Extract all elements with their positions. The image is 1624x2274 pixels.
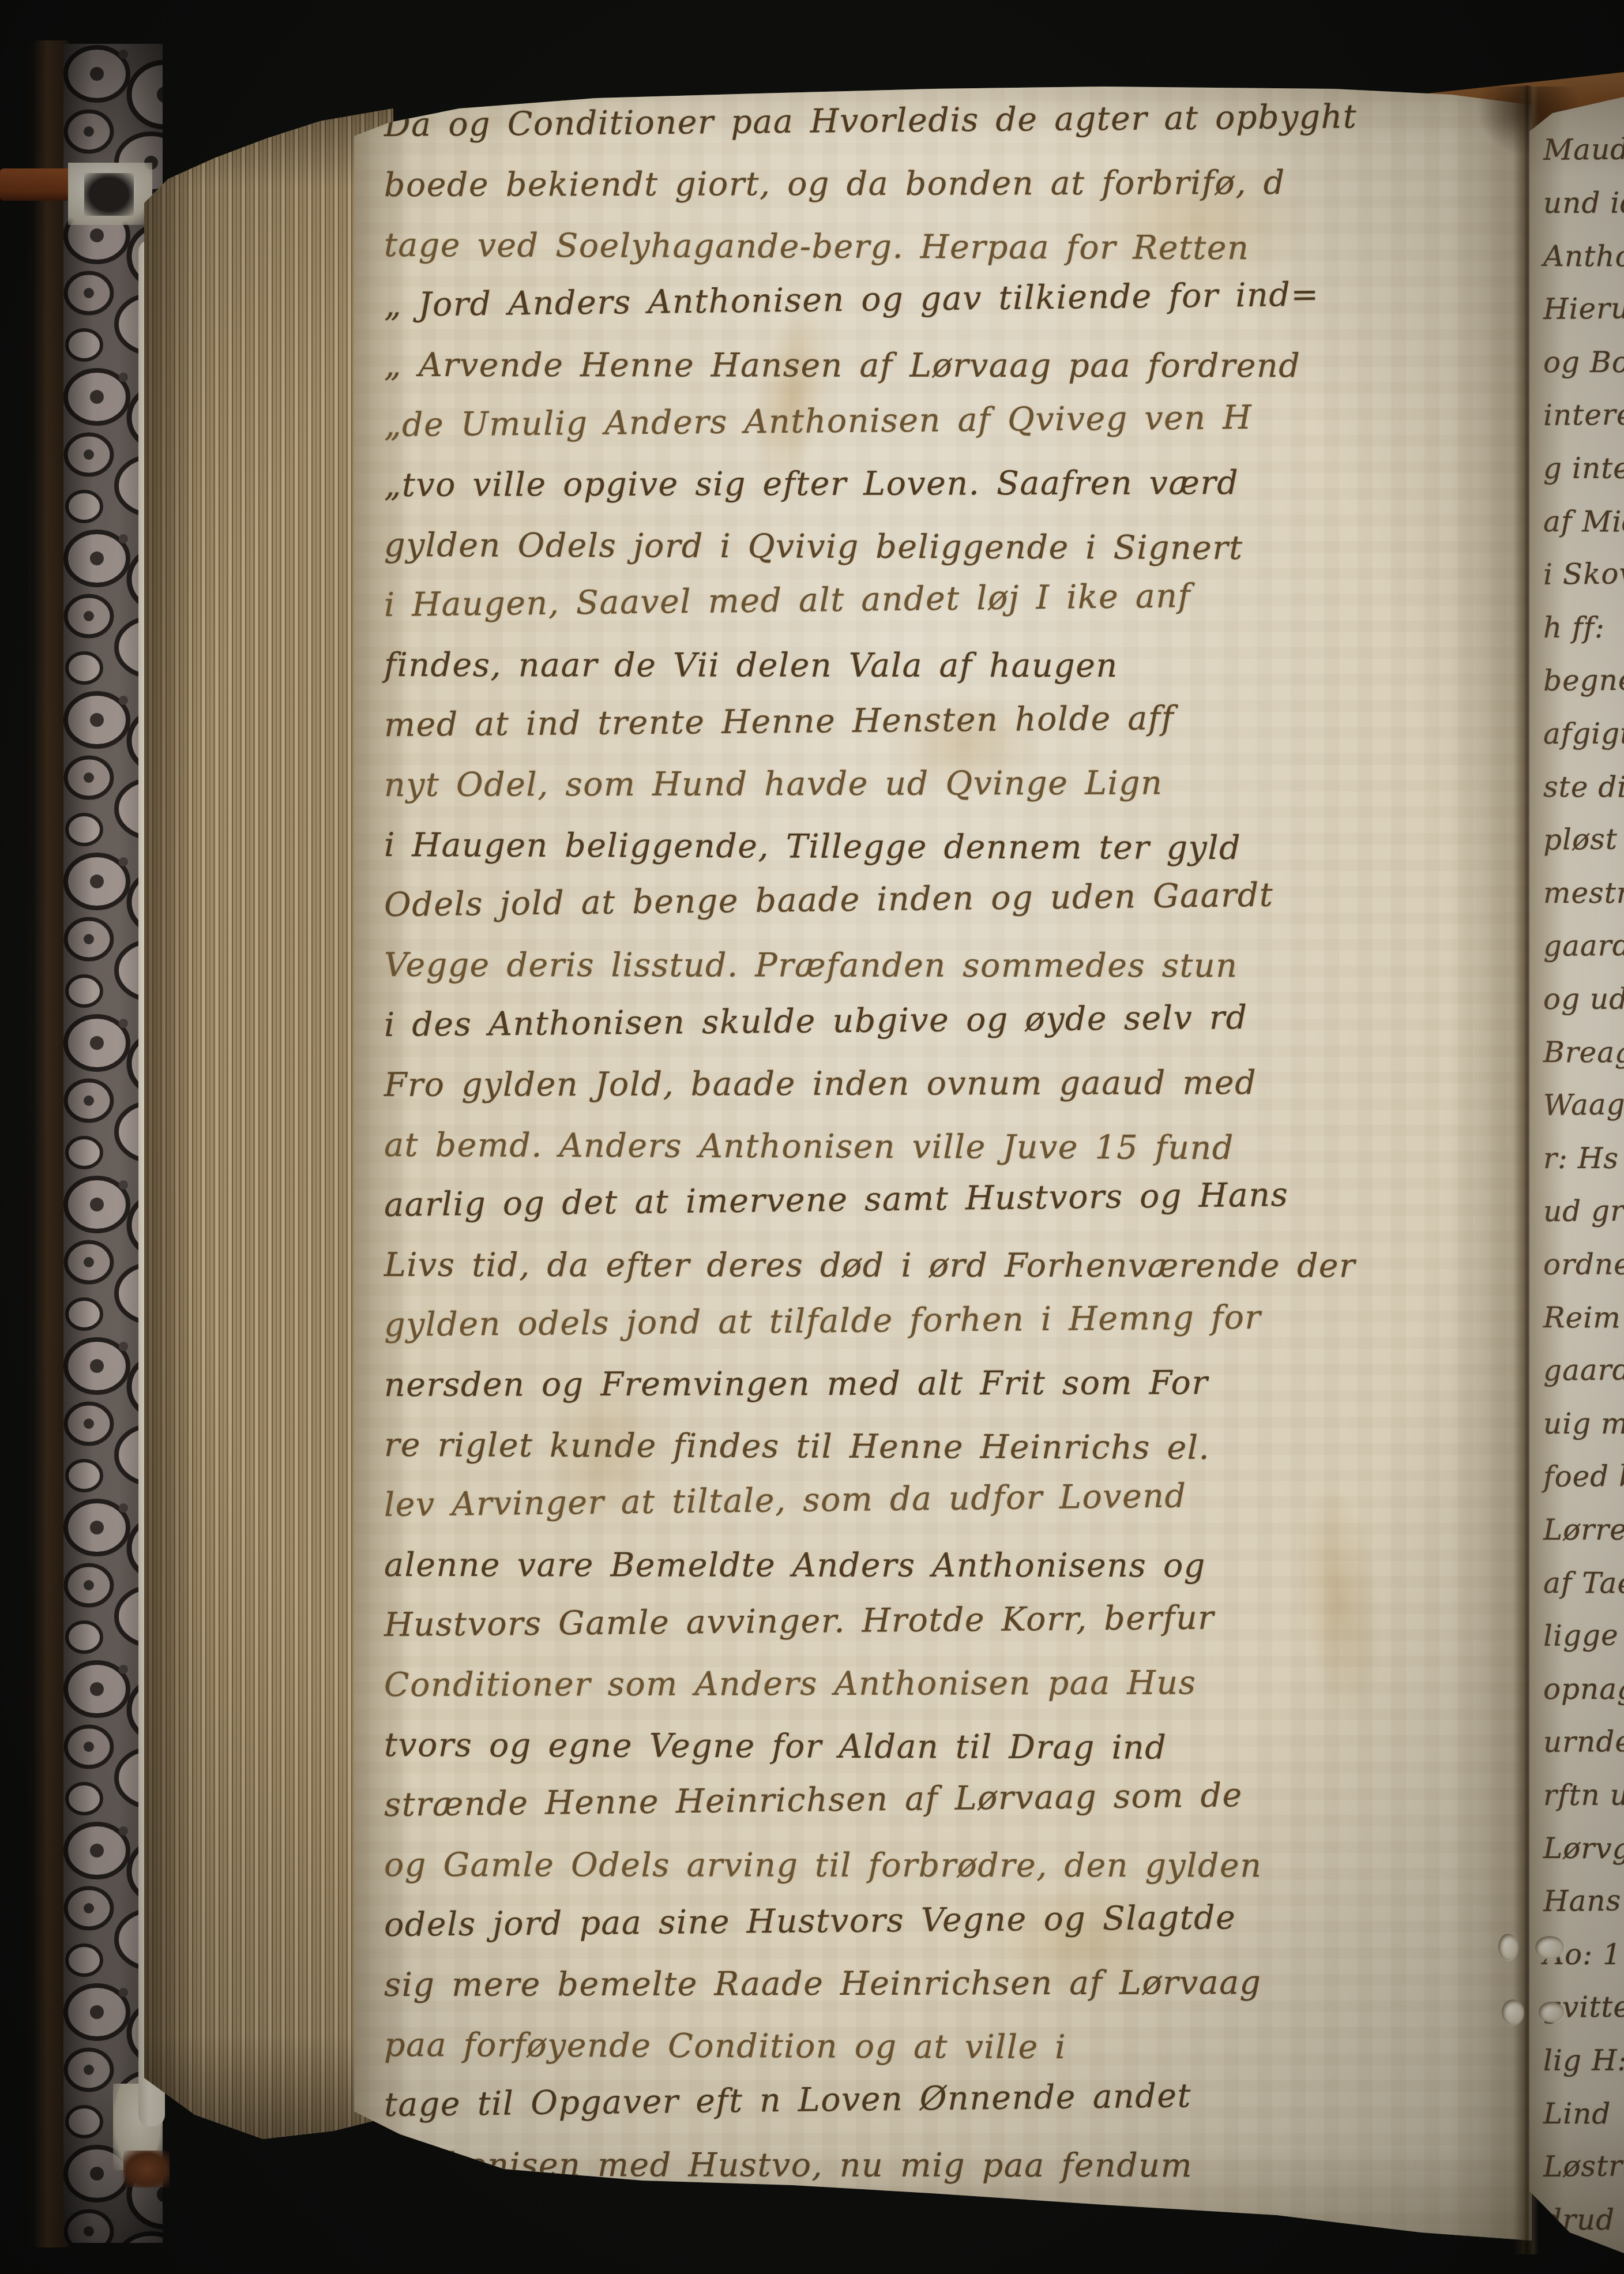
- manuscript-fragment-line: Anthon: [1543, 233, 1624, 280]
- manuscript-line: alenne vare Bemeldte Anders Anthonisens …: [384, 1540, 1206, 1590]
- manuscript-line: i Haugen beliggende, Tillegge dennem ter…: [384, 820, 1241, 873]
- manuscript-line: „ Arvende Henne Hansen af Lørvaag paa fo…: [384, 340, 1300, 391]
- manuscript-fragment-line: Løstre: [1543, 2142, 1624, 2190]
- manuscript-line: „ Jord Anders Anthonisen og gav tilkiend…: [384, 270, 1319, 330]
- manuscript-line: tvors og egne Vegne for Aldan til Drag i…: [384, 1720, 1167, 1773]
- manuscript-line: Anthonisen med Hustvo, nu mig paa fendum: [384, 2140, 1193, 2190]
- headcap-shadow: [84, 173, 134, 216]
- manuscript-fragment-line: h ff:: [1543, 605, 1605, 651]
- manuscript-photo: Da og Conditioner paa Hvorledis de agter…: [0, 0, 1624, 2274]
- manuscript-fragment-line: af Taed: [1543, 1560, 1624, 1607]
- manuscript-line: Vegge deris lisstud. Præfanden sommedes …: [384, 940, 1238, 990]
- manuscript-line: tage til Opgaver eft n Loven Ønnende and…: [384, 2071, 1192, 2130]
- manuscript-line: boede bekiendt giort, og da bonden at fo…: [384, 158, 1285, 210]
- manuscript-fragment-line: Lørresk: [1543, 1506, 1624, 1553]
- manuscript-fragment-line: ste ditl: [1543, 764, 1624, 810]
- manuscript-line: gylden Odels jord i Qvivig beliggende i …: [384, 520, 1243, 573]
- wormhole: [1502, 1999, 1524, 2025]
- manuscript-fragment-line: lig H:d: [1543, 2037, 1624, 2084]
- wormhole: [1539, 2002, 1564, 2022]
- right-page-sliver: Maude rund idAnthonHierudeog Bodinteres …: [1529, 91, 1624, 2253]
- tailcap-leather: [123, 2151, 170, 2187]
- manuscript-fragment-line: r: Hs: [1543, 1135, 1619, 1181]
- right-page-text: Maude rund idAnthonHierudeog Bodinteres …: [1529, 91, 1624, 2253]
- manuscript-line: Livs tid, da efter deres død i ørd Forhe…: [384, 1240, 1356, 1290]
- manuscript-fragment-line: gaard og: [1543, 1346, 1624, 1394]
- manuscript-line: nyt Odel, som Hund havde ud Qvinge Lign: [384, 758, 1163, 810]
- manuscript-fragment-line: og ud: h: [1543, 975, 1624, 1022]
- left-page: Da og Conditioner paa Hvorledis de agter…: [354, 81, 1532, 2251]
- manuscript-fragment-line: Hierude: [1543, 285, 1624, 332]
- manuscript-fragment-line: uig m: [1543, 1401, 1624, 1447]
- manuscript-fragment-line: Maude r: [1543, 126, 1624, 173]
- manuscript-fragment-line: Lørvga: [1543, 1825, 1624, 1872]
- manuscript-fragment-line: ordne: [1543, 1241, 1624, 1288]
- wormhole: [1498, 1934, 1518, 1960]
- manuscript-fragment-line: i Skov: [1543, 550, 1624, 598]
- manuscript-line: og Gamle Odels arving til forbrødre, den…: [384, 1840, 1262, 1890]
- manuscript-fragment-line: rftn ud: [1543, 1772, 1624, 1818]
- manuscript-line: odels jord paa sine Hustvors Vegne og Sl…: [384, 1893, 1236, 1950]
- manuscript-line: lev Arvinger at tiltale, som da udfor Lo…: [384, 1471, 1187, 1530]
- manuscript-fragment-line: ligge i Va: [1543, 1611, 1624, 1659]
- manuscript-line: gylden odels jond at tilfalde forhen i H…: [384, 1293, 1262, 1350]
- manuscript-line: Odels jold at benge baade inden og uden …: [384, 870, 1274, 930]
- manuscript-line: Hustvors Gamle avvinger. Hrotde Korr, be…: [384, 1593, 1215, 1650]
- manuscript-line: Da og Conditioner paa Hvorledis de agter…: [384, 92, 1358, 150]
- manuscript-fragment-line: begnere t: [1543, 656, 1624, 704]
- manuscript-fragment-line: Hans H: [1543, 1877, 1624, 1924]
- manuscript-fragment-line: opnagte: [1543, 1666, 1624, 1712]
- manuscript-fragment-line: und id: [1543, 180, 1624, 226]
- manuscript-fragment-line: Breag g: [1543, 1029, 1624, 1076]
- left-page-text: Da og Conditioner paa Hvorledis de agter…: [354, 81, 1532, 2251]
- manuscript-line: strænde Henne Heinrichsen af Lørvaag som…: [384, 1770, 1243, 1830]
- manuscript-line: i des Anthonisen skulde ubgive og øyde s…: [384, 993, 1248, 1050]
- manuscript-line: aarlig og det at imervene samt Hustvors …: [384, 1170, 1289, 1230]
- wormhole: [1535, 1936, 1564, 1959]
- manuscript-fragment-line: af Midd: [1543, 498, 1624, 545]
- manuscript-line: paa forføyende Condition og at ville i: [384, 2020, 1066, 2072]
- manuscript-line: findes, naar de Vii delen Vala af haugen: [384, 640, 1118, 691]
- manuscript-fragment-line: ud gr: [1543, 1188, 1624, 1234]
- manuscript-fragment-line: interes S: [1543, 391, 1624, 438]
- manuscript-line: tage ved Soelyhagande-berg. Herpaa for R…: [384, 220, 1250, 273]
- manuscript-fragment-line: Reim: [1543, 1294, 1621, 1341]
- manuscript-fragment-line: og Bod: [1543, 339, 1624, 385]
- manuscript-fragment-line: mestre: [1543, 870, 1624, 916]
- manuscript-line: Fro gylden Jold, baade inden ovnum gaaud…: [384, 1058, 1257, 1110]
- manuscript-line: sig mere bemelte Raade Heinrichsen af Lø…: [384, 1958, 1262, 2010]
- manuscript-fragment-line: Lind: [1543, 2091, 1611, 2137]
- manuscript-line: at bemd. Anders Anthonisen ville Juve 15…: [384, 1120, 1234, 1173]
- manuscript-fragment-line: gaard h: [1543, 922, 1624, 969]
- manuscript-line: med at ind trente Henne Hensten holde af…: [384, 693, 1175, 750]
- manuscript-line: Conditioner som Anders Anthonisen paa Hu…: [384, 1658, 1197, 1710]
- manuscript-fragment-line: g intere: [1543, 445, 1624, 491]
- manuscript-fragment-line: pløst be: [1543, 816, 1624, 863]
- manuscript-fragment-line: drud: [1543, 2197, 1615, 2243]
- manuscript-line: „tvo ville opgive sig efter Loven. Saafr…: [384, 458, 1239, 510]
- manuscript-fragment-line: foed be: [1543, 1453, 1624, 1500]
- manuscript-line: i Haugen, Saavel med alt andet løj I ike…: [384, 571, 1191, 630]
- manuscript-line: re riglet kunde findes til Henne Heinric…: [384, 1420, 1210, 1473]
- manuscript-fragment-line: urnde r: [1543, 1718, 1624, 1765]
- manuscript-line: nersden og Fremvingen med alt Frit som F…: [384, 1358, 1208, 1410]
- manuscript-fragment-line: Waago: [1543, 1081, 1624, 1128]
- manuscript-fragment-line: afgigt. e: [1543, 710, 1624, 757]
- manuscript-line: „de Umulig Anders Anthonisen af Qviveg v…: [384, 393, 1253, 450]
